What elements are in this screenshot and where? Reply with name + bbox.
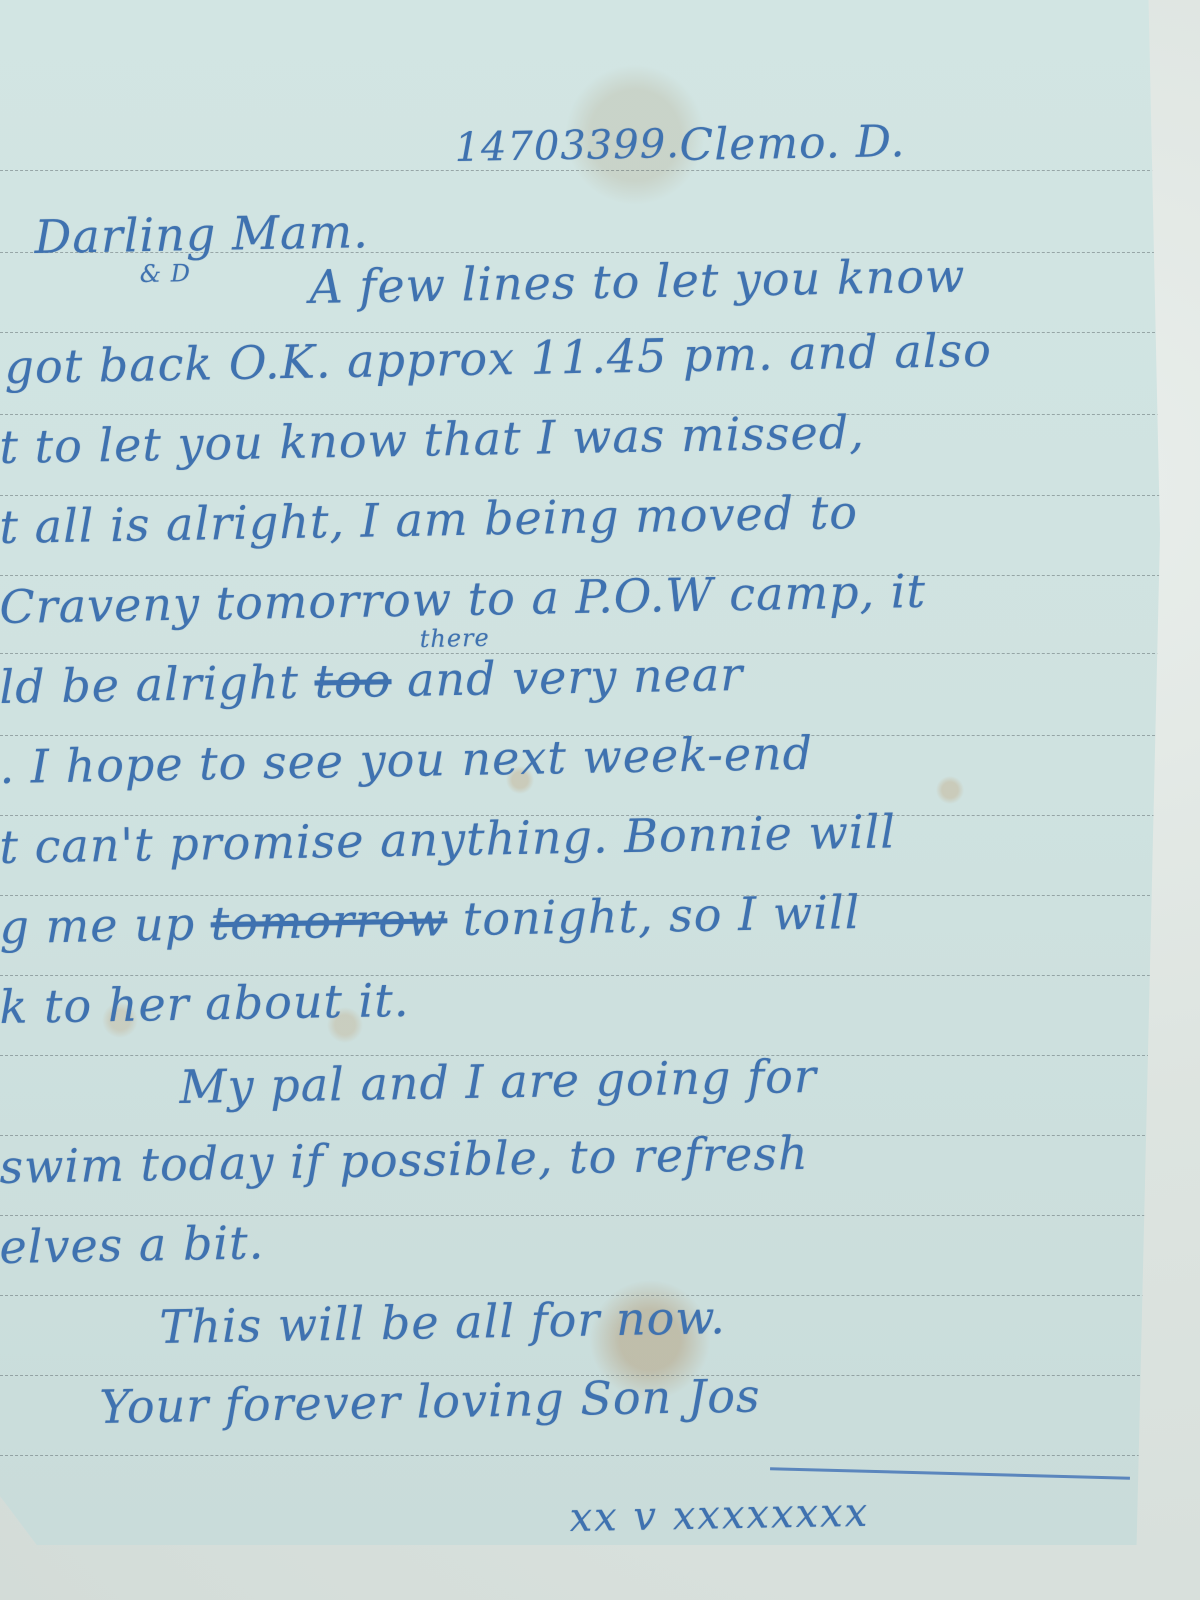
line-rest: and very near (407, 647, 744, 707)
salutation-insert: & D (140, 259, 192, 288)
line-text: ld be alright (0, 655, 299, 714)
sender-name: Clemo. D. (679, 116, 906, 171)
body-line: My pal and I are going for (179, 1049, 817, 1114)
struck-word: tomorrow (210, 892, 447, 950)
body-line: k to her about it. (0, 973, 410, 1034)
ruled-line (0, 975, 1160, 976)
struck-word: too (314, 653, 392, 708)
signature-line: Your forever loving Son Jos (99, 1368, 761, 1434)
ruled-line (0, 1455, 1160, 1456)
body-line: elves a bit. (0, 1215, 265, 1274)
inserted-word: there (420, 624, 490, 653)
kisses: xx v xxxxxxxx (569, 1490, 869, 1541)
body-line: A few lines to let you know (309, 249, 966, 314)
closing-line: This will be all for now. (159, 1290, 726, 1354)
salutation: Darling Mam. (34, 204, 369, 264)
service-number: 14703399. (454, 121, 680, 171)
line-rest: tonight, so I will (462, 885, 860, 946)
line-text: g me up (0, 897, 196, 954)
ruled-line (0, 170, 1160, 171)
ruled-line (0, 1215, 1160, 1216)
